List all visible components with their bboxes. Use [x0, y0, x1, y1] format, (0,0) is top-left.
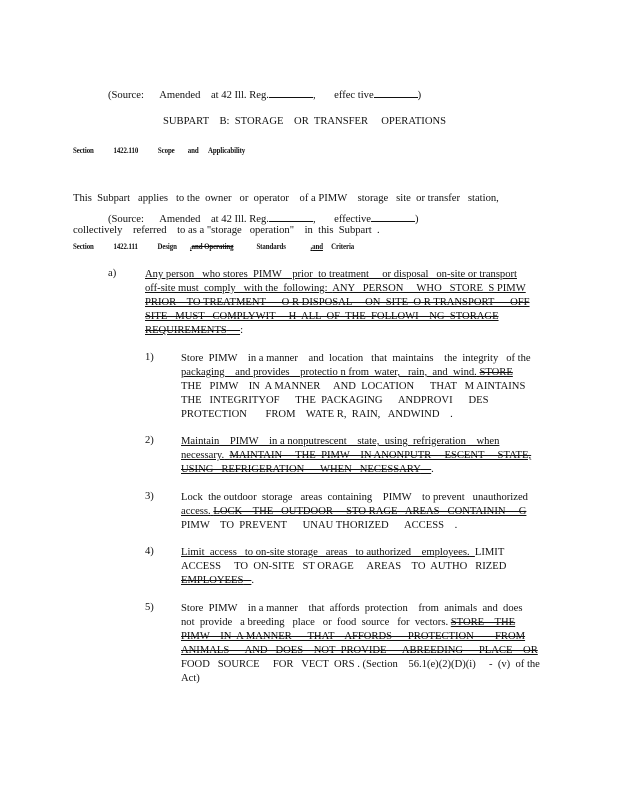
- source-effective: effective: [334, 214, 371, 225]
- deleted-text: STORE THE: [451, 617, 515, 628]
- deleted-text: LOCK THE OUTDOOR STO RAGE AREAS CONTAINI…: [213, 506, 526, 517]
- section-title-word: Applicability: [208, 146, 245, 155]
- deleted-text: EMPLOYEES: [181, 575, 243, 586]
- source-reg: at 42 Ill. Reg.: [211, 90, 269, 101]
- scope-paragraph: This Subpart applies to the owner or ope…: [73, 171, 499, 247]
- section-title-word: Design: [157, 242, 176, 251]
- item-a-label: a): [108, 268, 116, 279]
- caps-text: Act): [181, 673, 200, 684]
- section-label: Section: [73, 242, 94, 251]
- period: .: [431, 464, 434, 475]
- source-amended: Amended: [159, 214, 200, 225]
- inserted-text: necessary.: [181, 450, 224, 461]
- section-title-word: Criteria: [331, 242, 354, 251]
- item-a-body: Any person who stores PIMW prior to trea…: [145, 268, 530, 338]
- section-title-word: Scope: [158, 146, 175, 155]
- section-title-word: and: [188, 146, 199, 155]
- deleted-text: REQUIREMENTS: [145, 325, 227, 336]
- source-prefix: (Source:: [108, 90, 144, 101]
- item-4-body: Limit access to on-site storage areas to…: [181, 546, 506, 588]
- section-number: 1422.110: [113, 146, 138, 155]
- deleted-text: PRIOR TO TREATMENT O R DISPOSAL ON SITE …: [145, 297, 530, 308]
- section-number: 1422.111: [113, 242, 137, 251]
- source-amended: Amended: [159, 90, 200, 101]
- inserted-text: Maintain PIMW in a nonputrescent state, …: [181, 436, 499, 447]
- item-1-body: Store PIMW in a manner and location that…: [181, 352, 531, 422]
- source-note-2: (Source: Amended at 42 Ill. Reg., effect…: [108, 212, 419, 225]
- item-3-label: 3): [145, 491, 154, 502]
- paragraph-line: collectively referred to as a "storage o…: [73, 225, 499, 236]
- item-text: Lock the outdoor storage areas containin…: [181, 492, 528, 503]
- reg-blank: [269, 88, 313, 98]
- item-2-label: 2): [145, 435, 154, 446]
- section-label: Section: [73, 146, 94, 155]
- deleted-text: MAINTAIN THE PIMW IN ANONPUTR ESCENT STA…: [229, 450, 531, 461]
- caps-text: LIMIT: [475, 547, 504, 558]
- inserted-text: and: [312, 242, 323, 251]
- item-text: Store PIMW in a manner and location that…: [181, 353, 531, 364]
- item-4-label: 4): [145, 546, 154, 557]
- item-5-label: 5): [145, 602, 154, 613]
- period: .: [251, 575, 254, 586]
- section-heading-110: Section 1422.110 Scope and Applicability: [73, 146, 245, 155]
- effective-blank: [371, 212, 415, 222]
- deleted-text: STORE: [479, 367, 512, 378]
- caps-text: PIMW TO PREVENT UNAU THORIZED ACCESS .: [181, 520, 457, 531]
- paragraph-line: This Subpart applies to the owner or ope…: [73, 193, 499, 204]
- item-3-body: Lock the outdoor storage areas containin…: [181, 491, 528, 533]
- comma: ,: [313, 90, 316, 101]
- section-title-word: Standards: [256, 242, 285, 251]
- caps-text: THE INTEGRITYOF THE PACKAGING ANDPROVI D…: [181, 395, 489, 406]
- subpart-title: SUBPART B: STORAGE OR TRANSFER OPERATION…: [163, 116, 446, 127]
- item-1-label: 1): [145, 352, 154, 363]
- reg-blank: [269, 212, 313, 222]
- item-text: Store PIMW in a manner that affords prot…: [181, 603, 522, 614]
- inserted-text: off-site must comply with the following:: [145, 283, 328, 294]
- item-text: not provide a breeding place or food sou…: [181, 617, 448, 628]
- item-2-body: Maintain PIMW in a nonputrescent state, …: [181, 435, 531, 477]
- source-prefix: (Source:: [108, 214, 144, 225]
- close-paren: ): [415, 214, 419, 225]
- inserted-text: packaging and provides protectio n from …: [181, 367, 477, 378]
- caps-text: PROTECTION FROM WATE R, RAIN, ANDWIND .: [181, 409, 453, 420]
- section-heading-111: Section 1422.111 Design ,and Operating S…: [73, 242, 354, 251]
- inserted-text: Any person who stores PIMW prior to trea…: [145, 269, 517, 280]
- caps-text: ACCESS TO ON-SITE ST ORAGE AREAS TO AUTH…: [181, 561, 506, 572]
- caps-text: THE PIMW IN A MANNER AND LOCATION THAT M…: [181, 381, 525, 392]
- deleted-text: SITE MUST COMPLYWIT H ALL OF THE FOLLOWI…: [145, 311, 499, 322]
- item-5-body: Store PIMW in a manner that affords prot…: [181, 602, 540, 686]
- comma: ,: [313, 214, 316, 225]
- source-reg: at 42 Ill. Reg.: [211, 214, 269, 225]
- caps-text: FOOD SOURCE FOR VECT ORS . (Section 56.1…: [181, 659, 540, 670]
- deleted-text: and Operating: [192, 242, 234, 251]
- source-effective: effec tive: [334, 90, 374, 101]
- inserted-text: access.: [181, 506, 211, 517]
- close-paren: ): [418, 90, 422, 101]
- deleted-text: ANIMALS AND DOES NOT PROVIDE ABREEDING P…: [181, 645, 538, 656]
- source-note-1: (Source: Amended at 42 Ill. Reg., effec …: [108, 88, 421, 101]
- deleted-text-caps: ANY PERSON WHO STORE S PIMW: [332, 283, 525, 294]
- deleted-text: PIMW IN A MANNER THAT AFFORDS PROTECTION…: [181, 631, 525, 642]
- deleted-text: USING REFRIGERATION WHEN NECESSARY: [181, 464, 421, 475]
- inserted-text: Limit access to on-site storage areas to…: [181, 547, 470, 558]
- colon: :: [240, 325, 243, 336]
- effective-blank: [374, 88, 418, 98]
